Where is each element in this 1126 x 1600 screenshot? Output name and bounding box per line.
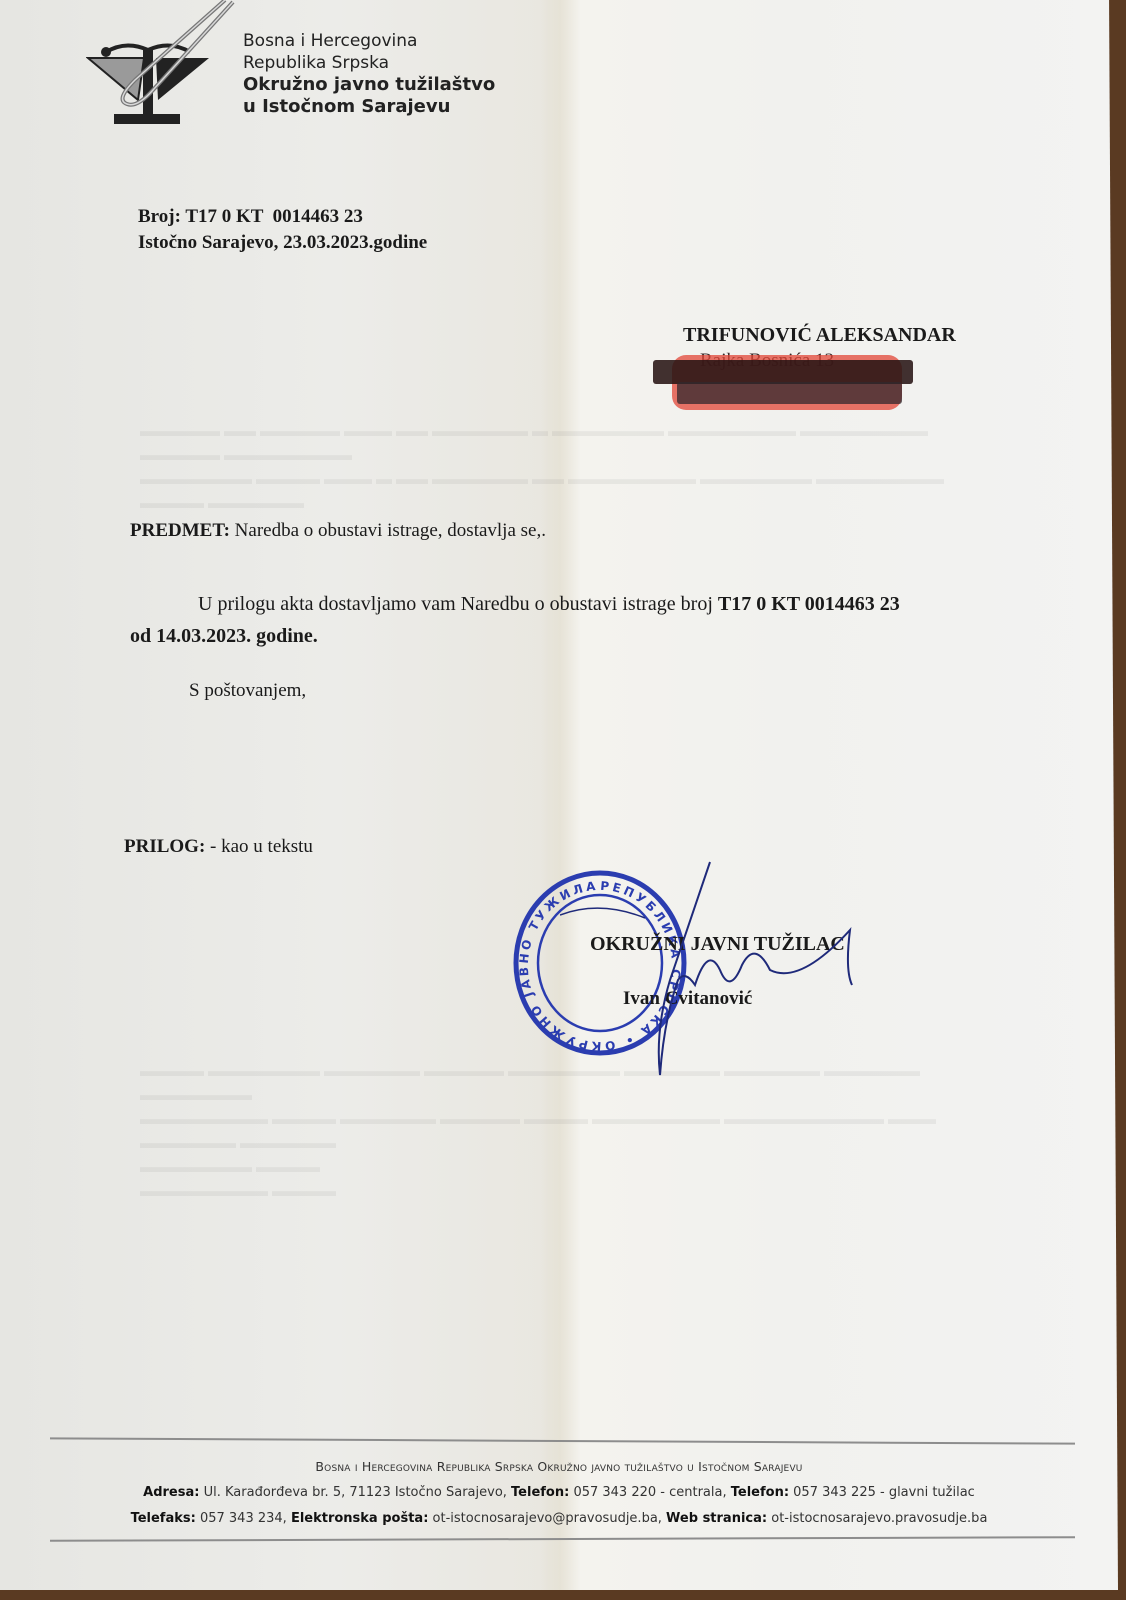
footer-email: ot-istocnosarajevo@pravosudje.ba, — [428, 1511, 666, 1526]
footer-fax: 057 343 234, — [196, 1511, 291, 1526]
footer-phone1: 057 343 220 - centrala, — [569, 1485, 730, 1500]
closing: S poštovanjem, — [189, 680, 306, 702]
letterhead: Bosna i Hercegovina Republika Srpska Okr… — [243, 30, 495, 118]
footer-contact-line: Telefaks: 057 343 234, Elektronska pošta… — [0, 1511, 1118, 1526]
footer-phone2-label: Telefon: — [731, 1485, 789, 1500]
footer-web: ot-istocnosarajevo.pravosudje.ba — [767, 1511, 987, 1526]
subject-text: Naredba o obustavi istrage, dostavlja se… — [230, 520, 546, 541]
paperclip-icon — [105, 0, 235, 110]
footer-email-label: Elektronska pošta: — [291, 1511, 428, 1526]
reference-block: Broj: T17 0 KT 0014463 23 Istočno Saraje… — [138, 204, 427, 256]
attachment-label: PRILOG: — [124, 836, 205, 857]
footer-address-label: Adresa: — [143, 1485, 199, 1500]
paper-fold-crease — [540, 0, 580, 1590]
case-number: Broj: T17 0 KT 0014463 23 — [138, 204, 427, 230]
document-page: ▬▬▬▬▬ ▬▬ ▬▬▬▬▬ ▬▬▬ ▬▬ ▬▬▬▬▬▬ ▬ ▬▬▬▬▬▬▬ ▬… — [0, 0, 1118, 1590]
footer-rule-bottom — [50, 1536, 1075, 1542]
letterhead-entity: Republika Srpska — [243, 52, 495, 74]
letterhead-office: Okružno javno tužilaštvo — [243, 74, 495, 96]
bleed-through-text: ▬▬▬▬▬ ▬▬ ▬▬▬▬▬ ▬▬▬ ▬▬ ▬▬▬▬▬▬ ▬ ▬▬▬▬▬▬▬ ▬… — [140, 420, 1000, 516]
attachment-line: PRILOG: - kao u tekstu — [124, 836, 313, 858]
subject-label: PREDMET: — [130, 520, 230, 541]
footer-phone1-label: Telefon: — [511, 1485, 569, 1500]
body-date: od 14.03.2023. godine. — [130, 625, 318, 648]
footer-rule-top — [50, 1437, 1075, 1444]
subject-line: PREDMET: Naredba o obustavi istrage, dos… — [130, 520, 546, 542]
place-date: Istočno Sarajevo, 23.03.2023.godine — [138, 230, 427, 256]
footer-address-line: Adresa: Ul. Karađorđeva br. 5, 71123 Ist… — [0, 1485, 1118, 1500]
recipient-name: TRIFUNOVIĆ ALEKSANDAR — [683, 324, 956, 347]
letterhead-city: u Istočnom Sarajevu — [243, 96, 495, 118]
footer-fax-label: Telefaks: — [131, 1511, 196, 1526]
handwritten-signature — [560, 860, 880, 1090]
attachment-text: - kao u tekstu — [205, 836, 313, 857]
footer-address: Ul. Karađorđeva br. 5, 71123 Istočno Sar… — [199, 1485, 511, 1500]
redaction-marker-dark — [653, 360, 913, 384]
body-case-ref: T17 0 KT 0014463 23 — [718, 593, 900, 615]
redaction-marker-dark — [677, 382, 902, 404]
body-text: U prilogu akta dostavljamo vam Naredbu o… — [198, 593, 718, 615]
footer-phone2: 057 343 225 - glavni tužilac — [789, 1485, 975, 1500]
letterhead-country: Bosna i Hercegovina — [243, 30, 495, 52]
footer-organization: Bosna i Hercegovina Republika Srpska Okr… — [0, 1459, 1118, 1474]
body-paragraph: U prilogu akta dostavljamo vam Naredbu o… — [198, 593, 900, 616]
footer-web-label: Web stranica: — [666, 1511, 767, 1526]
